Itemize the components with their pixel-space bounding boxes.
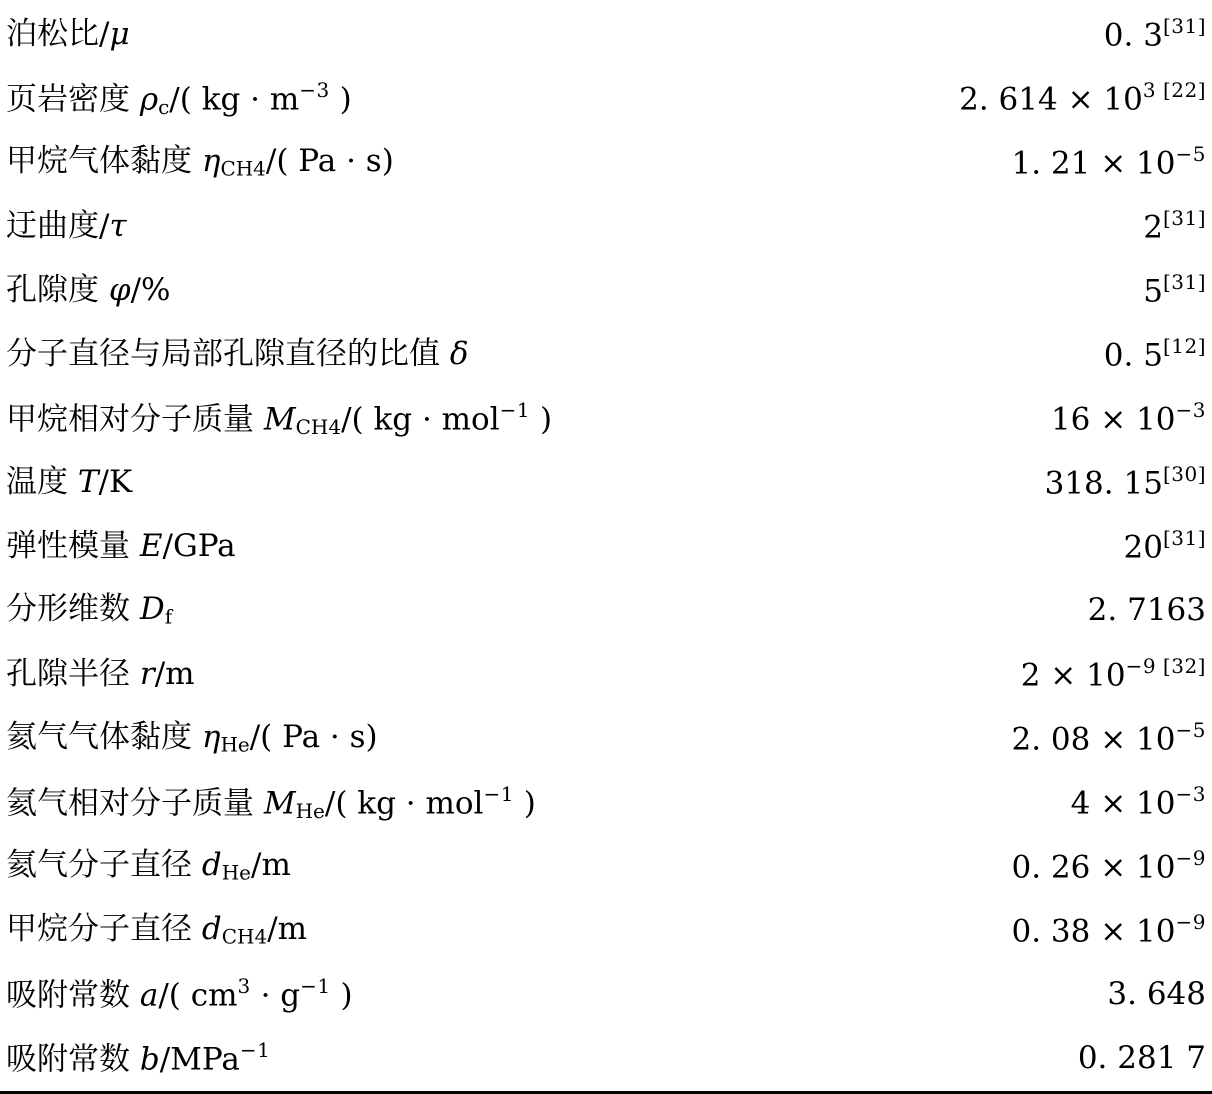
parameter-value: 2 × 10−9 [32] — [1021, 656, 1206, 691]
parameter-label: 页岩密度 ρc/( kg · m−3 ) — [6, 80, 352, 117]
table-row: 氦气气体黏度 ηHe/( Pa · s)2. 08 × 10−5 — [6, 706, 1206, 770]
value-run: 318. 15 — [1045, 466, 1163, 502]
value-run: [31] — [1163, 14, 1206, 38]
label-run: ) — [331, 978, 353, 1014]
table-row: 分子直径与局部孔隙直径的比值 δ0. 5[12] — [6, 322, 1206, 386]
label-run: D — [140, 591, 165, 627]
value-run: [31] — [1163, 270, 1206, 294]
value-run: 5 — [1143, 274, 1163, 310]
label-run: CH4 — [222, 924, 267, 948]
label-run: 甲烷气体黏度 — [6, 143, 202, 179]
label-run: · g — [251, 978, 300, 1014]
label-run: b — [140, 1042, 160, 1078]
label-run: 吸附常数 — [6, 1042, 140, 1078]
label-run: 孔隙半径 — [6, 656, 140, 692]
label-run: 泊松比/ — [6, 16, 109, 52]
label-run: /( Pa · s) — [266, 143, 394, 179]
table-row: 泊松比/μ0. 3[31] — [6, 2, 1206, 66]
label-run: CH4 — [296, 414, 341, 438]
value-run: 2. 614 × 10 — [959, 82, 1143, 118]
parameter-value: 0. 5[12] — [1104, 336, 1206, 371]
table-row: 甲烷气体黏度 ηCH4/( Pa · s)1. 21 × 10−5 — [6, 130, 1206, 194]
value-run: 2. 08 × 10 — [1012, 722, 1176, 758]
parameter-label: 弹性模量 E/GPa — [6, 531, 236, 562]
label-run: ) — [330, 81, 352, 117]
label-run: /GPa — [163, 528, 236, 564]
label-run: 3 — [238, 974, 251, 998]
parameter-value: 2. 7163 — [1088, 595, 1206, 626]
value-run: −9 — [1176, 846, 1206, 870]
label-run: M — [264, 785, 296, 821]
label-run: φ — [109, 272, 131, 308]
label-run: 分子直径与局部孔隙直径的比值 — [6, 336, 450, 372]
label-run: μ — [109, 16, 129, 52]
label-run: r — [140, 656, 155, 692]
label-run: 页岩密度 — [6, 81, 140, 117]
table-row: 页岩密度 ρc/( kg · m−3 )2. 614 × 103 [22] — [6, 66, 1206, 130]
parameter-label: 温度 T/K — [6, 467, 132, 498]
label-run: 氦气分子直径 — [6, 847, 202, 883]
parameter-value: 5[31] — [1143, 272, 1206, 307]
value-run: 3 [22] — [1143, 78, 1206, 102]
parameter-label: 迂曲度/τ — [6, 211, 127, 242]
label-run: T — [78, 464, 99, 500]
parameter-label: 氦气气体黏度 ηHe/( Pa · s) — [6, 722, 378, 754]
label-run: 孔隙度 — [6, 272, 109, 308]
label-run: 迂曲度/ — [6, 208, 109, 244]
label-run: He — [222, 860, 251, 884]
label-run: η — [202, 143, 221, 179]
value-run: −3 — [1176, 782, 1206, 806]
parameter-value: 1. 21 × 10−5 — [1012, 144, 1207, 179]
parameter-label: 泊松比/μ — [6, 19, 130, 50]
label-run: 氦气相对分子质量 — [6, 785, 264, 821]
value-run: −5 — [1176, 718, 1206, 742]
label-run: f — [165, 604, 172, 628]
parameter-value: 2. 614 × 103 [22] — [959, 80, 1206, 115]
label-run: /( cm — [158, 978, 237, 1014]
label-run: /( Pa · s) — [250, 719, 378, 755]
parameter-value: 318. 15[30] — [1045, 464, 1206, 499]
label-run: /K — [99, 464, 133, 500]
value-run: [30] — [1163, 462, 1206, 486]
table-row: 迂曲度/τ2[31] — [6, 194, 1206, 258]
value-run: 3. 648 — [1107, 976, 1206, 1012]
parameter-value: 0. 3[31] — [1104, 16, 1206, 51]
parameter-value: 2. 08 × 10−5 — [1012, 720, 1207, 755]
label-run: d — [202, 847, 222, 883]
value-run: 20 — [1123, 530, 1162, 566]
label-run: −1 — [500, 398, 530, 422]
label-run: He — [296, 798, 325, 822]
parameter-value: 20[31] — [1123, 528, 1206, 563]
label-run: 分形维数 — [6, 591, 140, 627]
parameter-label: 吸附常数 b/MPa−1 — [6, 1040, 270, 1075]
value-run: 1. 21 × 10 — [1012, 146, 1176, 182]
value-run: 0. 38 × 10 — [1012, 914, 1176, 950]
label-run: 甲烷相对分子质量 — [6, 401, 264, 437]
table-row: 孔隙半径 r/m2 × 10−9 [32] — [6, 642, 1206, 706]
table-row: 吸附常数 b/MPa−10. 281 7 — [6, 1026, 1206, 1090]
value-run: [31] — [1163, 526, 1206, 550]
value-run: 0. 281 7 — [1078, 1040, 1206, 1076]
parameter-label: 孔隙半径 r/m — [6, 659, 195, 690]
parameter-value: 0. 26 × 10−9 — [1012, 848, 1207, 883]
parameter-value: 0. 38 × 10−9 — [1012, 912, 1207, 947]
label-run: c — [158, 94, 169, 118]
label-run: 氦气气体黏度 — [6, 719, 202, 755]
label-run: /( kg · mol — [341, 401, 500, 437]
label-run: −1 — [483, 782, 513, 806]
parameter-label: 氦气相对分子质量 MHe/( kg · mol−1 ) — [6, 784, 536, 821]
value-run: [12] — [1163, 334, 1206, 358]
value-run: −5 — [1176, 142, 1206, 166]
label-run: /m — [251, 847, 291, 883]
parameter-label: 分形维数 Df — [6, 594, 172, 626]
value-run: 2. 7163 — [1088, 592, 1206, 628]
label-run: /m — [155, 656, 195, 692]
label-run: −1 — [240, 1038, 270, 1062]
value-run: 16 × 10 — [1051, 402, 1176, 438]
table-row: 弹性模量 E/GPa20[31] — [6, 514, 1206, 578]
label-run: M — [264, 401, 296, 437]
label-run: 弹性模量 — [6, 528, 140, 564]
label-run: ρ — [140, 81, 158, 117]
label-run: −3 — [299, 78, 329, 102]
label-run: 温度 — [6, 464, 78, 500]
label-run: d — [202, 911, 222, 947]
table-row: 甲烷分子直径 dCH4/m0. 38 × 10−9 — [6, 898, 1206, 962]
label-run: /( kg · m — [169, 81, 299, 117]
label-run: /% — [131, 272, 171, 308]
label-run: a — [140, 978, 158, 1014]
label-run: δ — [450, 336, 469, 372]
label-run: CH4 — [220, 156, 265, 180]
parameter-value: 16 × 10−3 — [1051, 400, 1206, 435]
parameter-value: 2[31] — [1143, 208, 1206, 243]
label-run: ) — [530, 401, 552, 437]
label-run: /m — [267, 911, 307, 947]
table-row: 分形维数 Df2. 7163 — [6, 578, 1206, 642]
label-run: ) — [514, 785, 536, 821]
table-row: 温度 T/K318. 15[30] — [6, 450, 1206, 514]
parameter-label: 孔隙度 φ/% — [6, 275, 170, 306]
table-row: 氦气相对分子质量 MHe/( kg · mol−1 )4 × 10−3 — [6, 770, 1206, 834]
value-run: 0. 5 — [1104, 338, 1163, 374]
value-run: 2 — [1143, 210, 1163, 246]
label-run: E — [140, 528, 163, 564]
label-run: τ — [109, 208, 126, 244]
value-run: −9 [32] — [1126, 654, 1206, 678]
value-run: 2 × 10 — [1021, 658, 1126, 694]
value-run: −3 — [1176, 398, 1206, 422]
label-run: He — [220, 732, 249, 756]
parameter-label: 甲烷气体黏度 ηCH4/( Pa · s) — [6, 146, 394, 178]
label-run: /( kg · mol — [325, 785, 484, 821]
parameter-value: 4 × 10−3 — [1071, 784, 1206, 819]
value-run: 4 × 10 — [1071, 786, 1176, 822]
parameter-value: 3. 648 — [1107, 979, 1206, 1010]
label-run: 吸附常数 — [6, 978, 140, 1014]
parameter-label: 甲烷相对分子质量 MCH4/( kg · mol−1 ) — [6, 400, 552, 437]
label-run: −1 — [300, 974, 330, 998]
value-run: 0. 3 — [1104, 18, 1163, 54]
label-run: 甲烷分子直径 — [6, 911, 202, 947]
table-row: 甲烷相对分子质量 MCH4/( kg · mol−1 )16 × 10−3 — [6, 386, 1206, 450]
parameter-label: 分子直径与局部孔隙直径的比值 δ — [6, 339, 469, 370]
parameter-label: 甲烷分子直径 dCH4/m — [6, 914, 307, 946]
parameter-table: 泊松比/μ0. 3[31]页岩密度 ρc/( kg · m−3 )2. 614 … — [0, 0, 1212, 1090]
parameter-label: 吸附常数 a/( cm3 · g−1 ) — [6, 976, 353, 1011]
parameter-label: 氦气分子直径 dHe/m — [6, 850, 291, 882]
paper-table-page: 泊松比/μ0. 3[31]页岩密度 ρc/( kg · m−3 )2. 614 … — [0, 0, 1212, 1094]
value-run: [31] — [1163, 206, 1206, 230]
label-run: η — [202, 719, 221, 755]
value-run: 0. 26 × 10 — [1012, 850, 1176, 886]
value-run: −9 — [1176, 910, 1206, 934]
table-row: 孔隙度 φ/%5[31] — [6, 258, 1206, 322]
parameter-value: 0. 281 7 — [1078, 1043, 1206, 1074]
label-run: /MPa — [160, 1042, 240, 1078]
table-row: 吸附常数 a/( cm3 · g−1 )3. 648 — [6, 962, 1206, 1026]
table-row: 氦气分子直径 dHe/m0. 26 × 10−9 — [6, 834, 1206, 898]
